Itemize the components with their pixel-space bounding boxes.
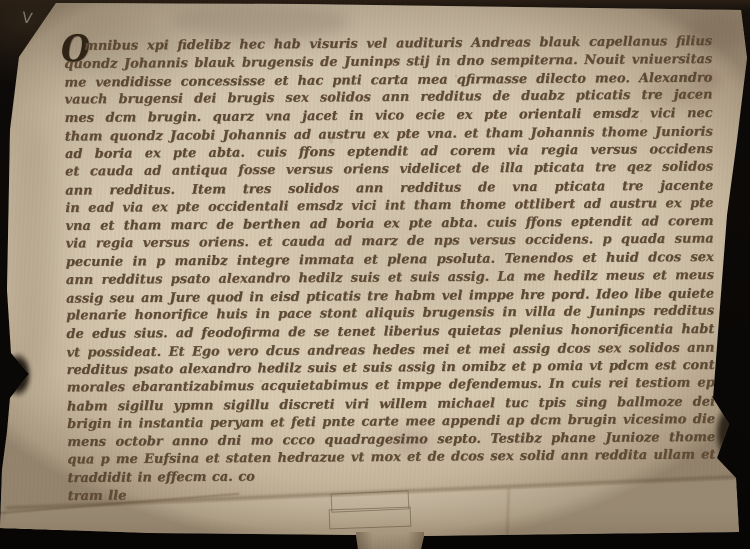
parchment-sheet: O mnibus xpi fidelibz hec hab visuris ve… — [0, 0, 750, 549]
manuscript-lines: mnibus xpi fidelibz hec hab visuris vel … — [64, 33, 716, 506]
manuscript-photo: V O mnibus xpi fidelibz hec hab visuris … — [0, 0, 750, 549]
seal-tongue — [356, 532, 424, 549]
archive-mark-v: V — [21, 8, 34, 27]
pencil-rectangle-lower — [329, 507, 412, 530]
manuscript-text: O mnibus xpi fidelibz hec hab visuris ve… — [64, 33, 716, 506]
parchment-speckles — [0, 0, 2, 2]
